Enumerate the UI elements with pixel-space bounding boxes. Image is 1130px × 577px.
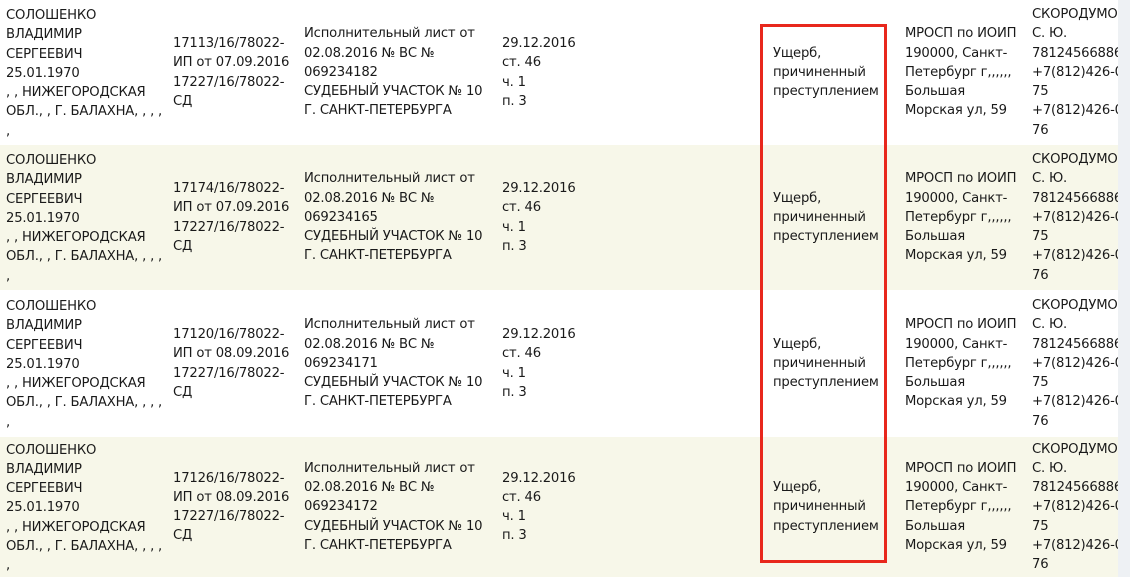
subject-line: причиненный	[773, 497, 905, 516]
proceeding-number-cell: 17120/16/78022-ИП от 08.09.201617227/16/…	[173, 290, 304, 437]
document-line: 069234165	[304, 208, 502, 227]
closing-line: п. 3	[502, 92, 764, 111]
table-row: СОЛОШЕНКОВЛАДИМИРСЕРГЕЕВИЧ25.01.1970, , …	[0, 290, 1130, 437]
proceeding-line: 17227/16/78022-	[173, 73, 304, 92]
debtor-line: СЕРГЕЕВИЧ	[6, 479, 173, 498]
bailiff-line: С. Ю.	[1032, 459, 1130, 478]
bailiff-line: 78124566886	[1032, 478, 1130, 497]
department-line: Большая	[905, 373, 1032, 392]
subject-line: Ущерб,	[773, 478, 905, 497]
debtor-line: ,	[6, 413, 173, 432]
subject-line: преступлением	[773, 373, 905, 392]
document-line: СУДЕБНЫЙ УЧАСТОК № 10	[304, 373, 502, 392]
enforcement-document-cell: Исполнительный лист от02.08.2016 № ВС №0…	[304, 0, 502, 145]
bailiff-contact-cell: СКОРОДУМОВС. Ю.78124566886+7(812)426-06-…	[1032, 290, 1130, 437]
subject-of-execution-cell: Ущерб,причиненныйпреступлением	[764, 145, 905, 290]
department-line: МРОСП по ИОИП	[905, 169, 1032, 188]
enforcement-document-cell: Исполнительный лист от02.08.2016 № ВС №0…	[304, 145, 502, 290]
department-line: Петербург г,,,,,,	[905, 208, 1032, 227]
table-row: СОЛОШЕНКОВЛАДИМИРСЕРГЕЕВИЧ25.01.1970, , …	[0, 145, 1130, 290]
debtor-line: СОЛОШЕНКО	[6, 441, 173, 460]
document-line: Исполнительный лист от	[304, 459, 502, 478]
bailiff-line: 76	[1032, 266, 1130, 285]
bailiff-line: С. Ю.	[1032, 169, 1130, 188]
debtor-line: ,	[6, 122, 173, 141]
document-line: Г. САНКТ-ПЕТЕРБУРГА	[304, 101, 502, 120]
department-line: Морская ул, 59	[905, 246, 1032, 265]
subject-of-execution-cell: Ущерб,причиненныйпреступлением	[764, 0, 905, 145]
debtor-cell: СОЛОШЕНКОВЛАДИМИРСЕРГЕЕВИЧ25.01.1970, , …	[0, 290, 173, 437]
proceeding-line: СД	[173, 526, 304, 545]
bailiff-line: 76	[1032, 555, 1130, 574]
debtor-line: ОБЛ., , Г. БАЛАХНА, , , ,	[6, 393, 173, 412]
debtor-cell: СОЛОШЕНКОВЛАДИМИРСЕРГЕЕВИЧ25.01.1970, , …	[0, 145, 173, 290]
department-line: 190000, Санкт-	[905, 478, 1032, 497]
bailiff-line: СКОРОДУМОВ	[1032, 5, 1130, 24]
closing-line: п. 3	[502, 237, 764, 256]
debtor-line: ,	[6, 267, 173, 286]
document-line: Г. САНКТ-ПЕТЕРБУРГА	[304, 246, 502, 265]
debtor-line: , , НИЖЕГОРОДСКАЯ	[6, 83, 173, 102]
bailiff-line: 75	[1032, 517, 1130, 536]
bailiff-line: С. Ю.	[1032, 315, 1130, 334]
proceeding-line: СД	[173, 383, 304, 402]
bailiff-line: 78124566886	[1032, 44, 1130, 63]
bailiff-contact-cell: СКОРОДУМОВС. Ю.78124566886+7(812)426-06-…	[1032, 145, 1130, 290]
table-body: СОЛОШЕНКОВЛАДИМИРСЕРГЕЕВИЧ25.01.1970, , …	[0, 0, 1130, 577]
proceeding-line: СД	[173, 237, 304, 256]
document-line: СУДЕБНЫЙ УЧАСТОК № 10	[304, 517, 502, 536]
document-line: 069234172	[304, 497, 502, 516]
debtor-line: ВЛАДИМИР	[6, 460, 173, 479]
enforcement-document-cell: Исполнительный лист от02.08.2016 № ВС №0…	[304, 437, 502, 577]
department-line: Морская ул, 59	[905, 392, 1032, 411]
closing-line: 29.12.2016	[502, 179, 764, 198]
debtor-line: СЕРГЕЕВИЧ	[6, 336, 173, 355]
proceeding-line: 17227/16/78022-	[173, 507, 304, 526]
department-line: Морская ул, 59	[905, 536, 1032, 555]
bailiff-line: +7(812)426-06-	[1032, 392, 1130, 411]
table-row: СОЛОШЕНКОВЛАДИМИРСЕРГЕЕВИЧ25.01.1970, , …	[0, 437, 1130, 577]
document-line: СУДЕБНЫЙ УЧАСТОК № 10	[304, 227, 502, 246]
subject-line: причиненный	[773, 63, 905, 82]
debtor-line: , , НИЖЕГОРОДСКАЯ	[6, 374, 173, 393]
debtor-line: СЕРГЕЕВИЧ	[6, 190, 173, 209]
proceeding-line: ИП от 08.09.2016	[173, 488, 304, 507]
document-line: Г. САНКТ-ПЕТЕРБУРГА	[304, 536, 502, 555]
department-line: 190000, Санкт-	[905, 44, 1032, 63]
bailiff-line: 75	[1032, 82, 1130, 101]
table-row: СОЛОШЕНКОВЛАДИМИРСЕРГЕЕВИЧ25.01.1970, , …	[0, 0, 1130, 145]
debtor-line: 25.01.1970	[6, 209, 173, 228]
proceeding-line: ИП от 07.09.2016	[173, 53, 304, 72]
debtor-line: , , НИЖЕГОРОДСКАЯ	[6, 518, 173, 537]
closing-line: ст. 46	[502, 53, 764, 72]
bailiff-contact-cell: СКОРОДУМОВС. Ю.78124566886+7(812)426-06-…	[1032, 0, 1130, 145]
subject-line: причиненный	[773, 354, 905, 373]
closing-line: ст. 46	[502, 344, 764, 363]
bailiff-line: 78124566886	[1032, 335, 1130, 354]
debtor-line: ВЛАДИМИР	[6, 170, 173, 189]
document-line: 069234182	[304, 63, 502, 82]
closing-reason-cell: 29.12.2016ст. 46ч. 1п. 3	[502, 145, 764, 290]
proceeding-line: 17120/16/78022-	[173, 325, 304, 344]
debtor-line: 25.01.1970	[6, 355, 173, 374]
bailiff-line: +7(812)426-06-	[1032, 497, 1130, 516]
proceeding-line: 17227/16/78022-	[173, 218, 304, 237]
closing-line: п. 3	[502, 526, 764, 545]
department-line: МРОСП по ИОИП	[905, 459, 1032, 478]
bailiff-line: 76	[1032, 412, 1130, 431]
page-side-gutter	[1118, 0, 1130, 577]
proceeding-line: 17126/16/78022-	[173, 469, 304, 488]
document-line: Г. САНКТ-ПЕТЕРБУРГА	[304, 392, 502, 411]
department-line: Большая	[905, 82, 1032, 101]
bailiff-line: СКОРОДУМОВ	[1032, 150, 1130, 169]
debtor-line: СЕРГЕЕВИЧ	[6, 45, 173, 64]
bailiff-line: 78124566886	[1032, 189, 1130, 208]
enforcement-document-cell: Исполнительный лист от02.08.2016 № ВС №0…	[304, 290, 502, 437]
proceeding-line: 17174/16/78022-	[173, 179, 304, 198]
document-line: 02.08.2016 № ВС №	[304, 189, 502, 208]
closing-reason-cell: 29.12.2016ст. 46ч. 1п. 3	[502, 437, 764, 577]
bailiff-line: СКОРОДУМОВ	[1032, 296, 1130, 315]
proceeding-number-cell: 17126/16/78022-ИП от 08.09.201617227/16/…	[173, 437, 304, 577]
closing-line: ч. 1	[502, 218, 764, 237]
document-line: 02.08.2016 № ВС №	[304, 44, 502, 63]
bailiff-line: +7(812)426-06-	[1032, 354, 1130, 373]
bailiff-line: +7(812)426-06-	[1032, 101, 1130, 120]
subject-line: преступлением	[773, 517, 905, 536]
document-line: Исполнительный лист от	[304, 169, 502, 188]
department-line: Большая	[905, 227, 1032, 246]
debtor-line: ОБЛ., , Г. БАЛАХНА, , , ,	[6, 102, 173, 121]
closing-line: ч. 1	[502, 507, 764, 526]
subject-of-execution-cell: Ущерб,причиненныйпреступлением	[764, 290, 905, 437]
closing-line: п. 3	[502, 383, 764, 402]
debtor-line: ОБЛ., , Г. БАЛАХНА, , , ,	[6, 247, 173, 266]
department-line: МРОСП по ИОИП	[905, 315, 1032, 334]
closing-line: ст. 46	[502, 488, 764, 507]
debtor-line: СОЛОШЕНКО	[6, 6, 173, 25]
department-line: Петербург г,,,,,,	[905, 354, 1032, 373]
bailiff-line: 76	[1032, 121, 1130, 140]
debtor-cell: СОЛОШЕНКОВЛАДИМИРСЕРГЕЕВИЧ25.01.1970, , …	[0, 437, 173, 577]
closing-reason-cell: 29.12.2016ст. 46ч. 1п. 3	[502, 0, 764, 145]
bailiff-department-cell: МРОСП по ИОИП190000, Санкт-Петербург г,,…	[905, 437, 1032, 577]
debtor-line: СОЛОШЕНКО	[6, 297, 173, 316]
proceeding-number-cell: 17174/16/78022-ИП от 07.09.201617227/16/…	[173, 145, 304, 290]
bailiff-line: С. Ю.	[1032, 24, 1130, 43]
enforcement-proceedings-table: СОЛОШЕНКОВЛАДИМИРСЕРГЕЕВИЧ25.01.1970, , …	[0, 0, 1130, 577]
department-line: Петербург г,,,,,,	[905, 497, 1032, 516]
closing-reason-cell: 29.12.2016ст. 46ч. 1п. 3	[502, 290, 764, 437]
bailiff-line: 75	[1032, 227, 1130, 246]
department-line: 190000, Санкт-	[905, 335, 1032, 354]
debtor-line: ВЛАДИМИР	[6, 25, 173, 44]
proceeding-line: 17227/16/78022-	[173, 364, 304, 383]
enforcement-records-page: СОЛОШЕНКОВЛАДИМИРСЕРГЕЕВИЧ25.01.1970, , …	[0, 0, 1130, 577]
closing-line: 29.12.2016	[502, 34, 764, 53]
bailiff-department-cell: МРОСП по ИОИП190000, Санкт-Петербург г,,…	[905, 145, 1032, 290]
closing-line: ст. 46	[502, 198, 764, 217]
debtor-cell: СОЛОШЕНКОВЛАДИМИРСЕРГЕЕВИЧ25.01.1970, , …	[0, 0, 173, 145]
subject-line: преступлением	[773, 82, 905, 101]
subject-line: Ущерб,	[773, 335, 905, 354]
subject-of-execution-cell: Ущерб,причиненныйпреступлением	[764, 437, 905, 577]
document-line: СУДЕБНЫЙ УЧАСТОК № 10	[304, 82, 502, 101]
department-line: 190000, Санкт-	[905, 189, 1032, 208]
debtor-line: , , НИЖЕГОРОДСКАЯ	[6, 228, 173, 247]
bailiff-line: СКОРОДУМОВ	[1032, 440, 1130, 459]
document-line: 02.08.2016 № ВС №	[304, 335, 502, 354]
debtor-line: 25.01.1970	[6, 498, 173, 517]
closing-line: ч. 1	[502, 73, 764, 92]
bailiff-line: 75	[1032, 373, 1130, 392]
proceeding-line: СД	[173, 92, 304, 111]
subject-line: преступлением	[773, 227, 905, 246]
proceeding-line: 17113/16/78022-	[173, 34, 304, 53]
subject-line: причиненный	[773, 208, 905, 227]
document-line: Исполнительный лист от	[304, 24, 502, 43]
debtor-line: СОЛОШЕНКО	[6, 151, 173, 170]
proceeding-line: ИП от 07.09.2016	[173, 198, 304, 217]
bailiff-line: +7(812)426-06-	[1032, 63, 1130, 82]
bailiff-line: +7(812)426-06-	[1032, 536, 1130, 555]
bailiff-department-cell: МРОСП по ИОИП190000, Санкт-Петербург г,,…	[905, 0, 1032, 145]
bailiff-line: +7(812)426-06-	[1032, 246, 1130, 265]
bailiff-line: +7(812)426-06-	[1032, 208, 1130, 227]
bailiff-department-cell: МРОСП по ИОИП190000, Санкт-Петербург г,,…	[905, 290, 1032, 437]
closing-line: 29.12.2016	[502, 469, 764, 488]
debtor-line: 25.01.1970	[6, 64, 173, 83]
department-line: МРОСП по ИОИП	[905, 24, 1032, 43]
debtor-line: ,	[6, 556, 173, 575]
bailiff-contact-cell: СКОРОДУМОВС. Ю.78124566886+7(812)426-06-…	[1032, 437, 1130, 577]
document-line: 069234171	[304, 354, 502, 373]
subject-line: Ущерб,	[773, 44, 905, 63]
document-line: 02.08.2016 № ВС №	[304, 478, 502, 497]
debtor-line: ВЛАДИМИР	[6, 316, 173, 335]
debtor-line: ОБЛ., , Г. БАЛАХНА, , , ,	[6, 537, 173, 556]
subject-line: Ущерб,	[773, 189, 905, 208]
proceeding-line: ИП от 08.09.2016	[173, 344, 304, 363]
department-line: Большая	[905, 517, 1032, 536]
department-line: Петербург г,,,,,,	[905, 63, 1032, 82]
department-line: Морская ул, 59	[905, 101, 1032, 120]
closing-line: ч. 1	[502, 364, 764, 383]
document-line: Исполнительный лист от	[304, 315, 502, 334]
proceeding-number-cell: 17113/16/78022-ИП от 07.09.201617227/16/…	[173, 0, 304, 145]
closing-line: 29.12.2016	[502, 325, 764, 344]
